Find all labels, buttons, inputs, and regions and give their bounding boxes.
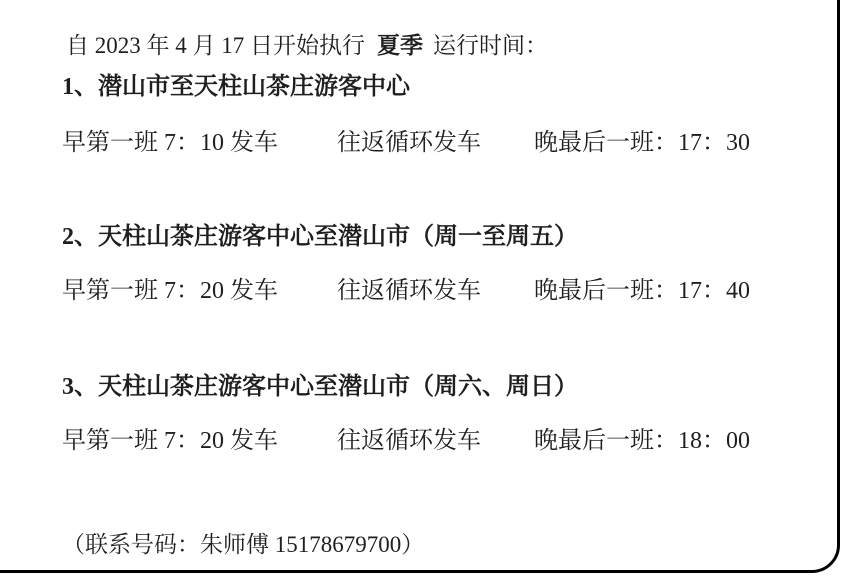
running-time-label: 运行时间： — [433, 33, 548, 58]
bus-schedule-notice: 自 2023 年 4 月 17 日开始执行夏季运行时间： 1、潜山市至天柱山茶庄… — [0, 0, 843, 578]
route-3-schedule: 早第一班 7：20 发车 往返循环发车 晚最后一班：18：00 — [62, 420, 843, 452]
route-1-title: 1、潜山市至天柱山茶庄游客中心 — [62, 66, 410, 101]
route-3-title: 3、天柱山茶庄游客中心至潜山市（周六、周日） — [62, 366, 578, 401]
route-3-first-bus: 早第一班 7：20 发车 — [62, 420, 278, 455]
effective-date-text: 自 2023 年 4 月 17 日开始执行 — [66, 33, 365, 58]
effective-date-line: 自 2023 年 4 月 17 日开始执行夏季运行时间： — [66, 27, 548, 60]
route-1-loop-service: 往返循环发车 — [337, 122, 481, 157]
route-1-first-bus: 早第一班 7：10 发车 — [62, 122, 278, 157]
season-label: 夏季 — [377, 33, 423, 58]
route-2-schedule: 早第一班 7：20 发车 往返循环发车 晚最后一班：17：40 — [62, 270, 843, 302]
route-2-loop-service: 往返循环发车 — [337, 270, 481, 305]
route-3-loop-service: 往返循环发车 — [337, 420, 481, 455]
route-1-last-bus: 晚最后一班：17：30 — [534, 122, 750, 157]
route-2-last-bus: 晚最后一班：17：40 — [534, 270, 750, 305]
contact-info: （联系号码：朱师傅 15178679700） — [62, 526, 424, 559]
route-2-first-bus: 早第一班 7：20 发车 — [62, 270, 278, 305]
route-2-title: 2、天柱山茶庄游客中心至潜山市（周一至周五） — [62, 216, 578, 251]
route-3-last-bus: 晚最后一班：18：00 — [534, 420, 750, 455]
route-1-schedule: 早第一班 7：10 发车 往返循环发车 晚最后一班：17：30 — [62, 122, 843, 154]
